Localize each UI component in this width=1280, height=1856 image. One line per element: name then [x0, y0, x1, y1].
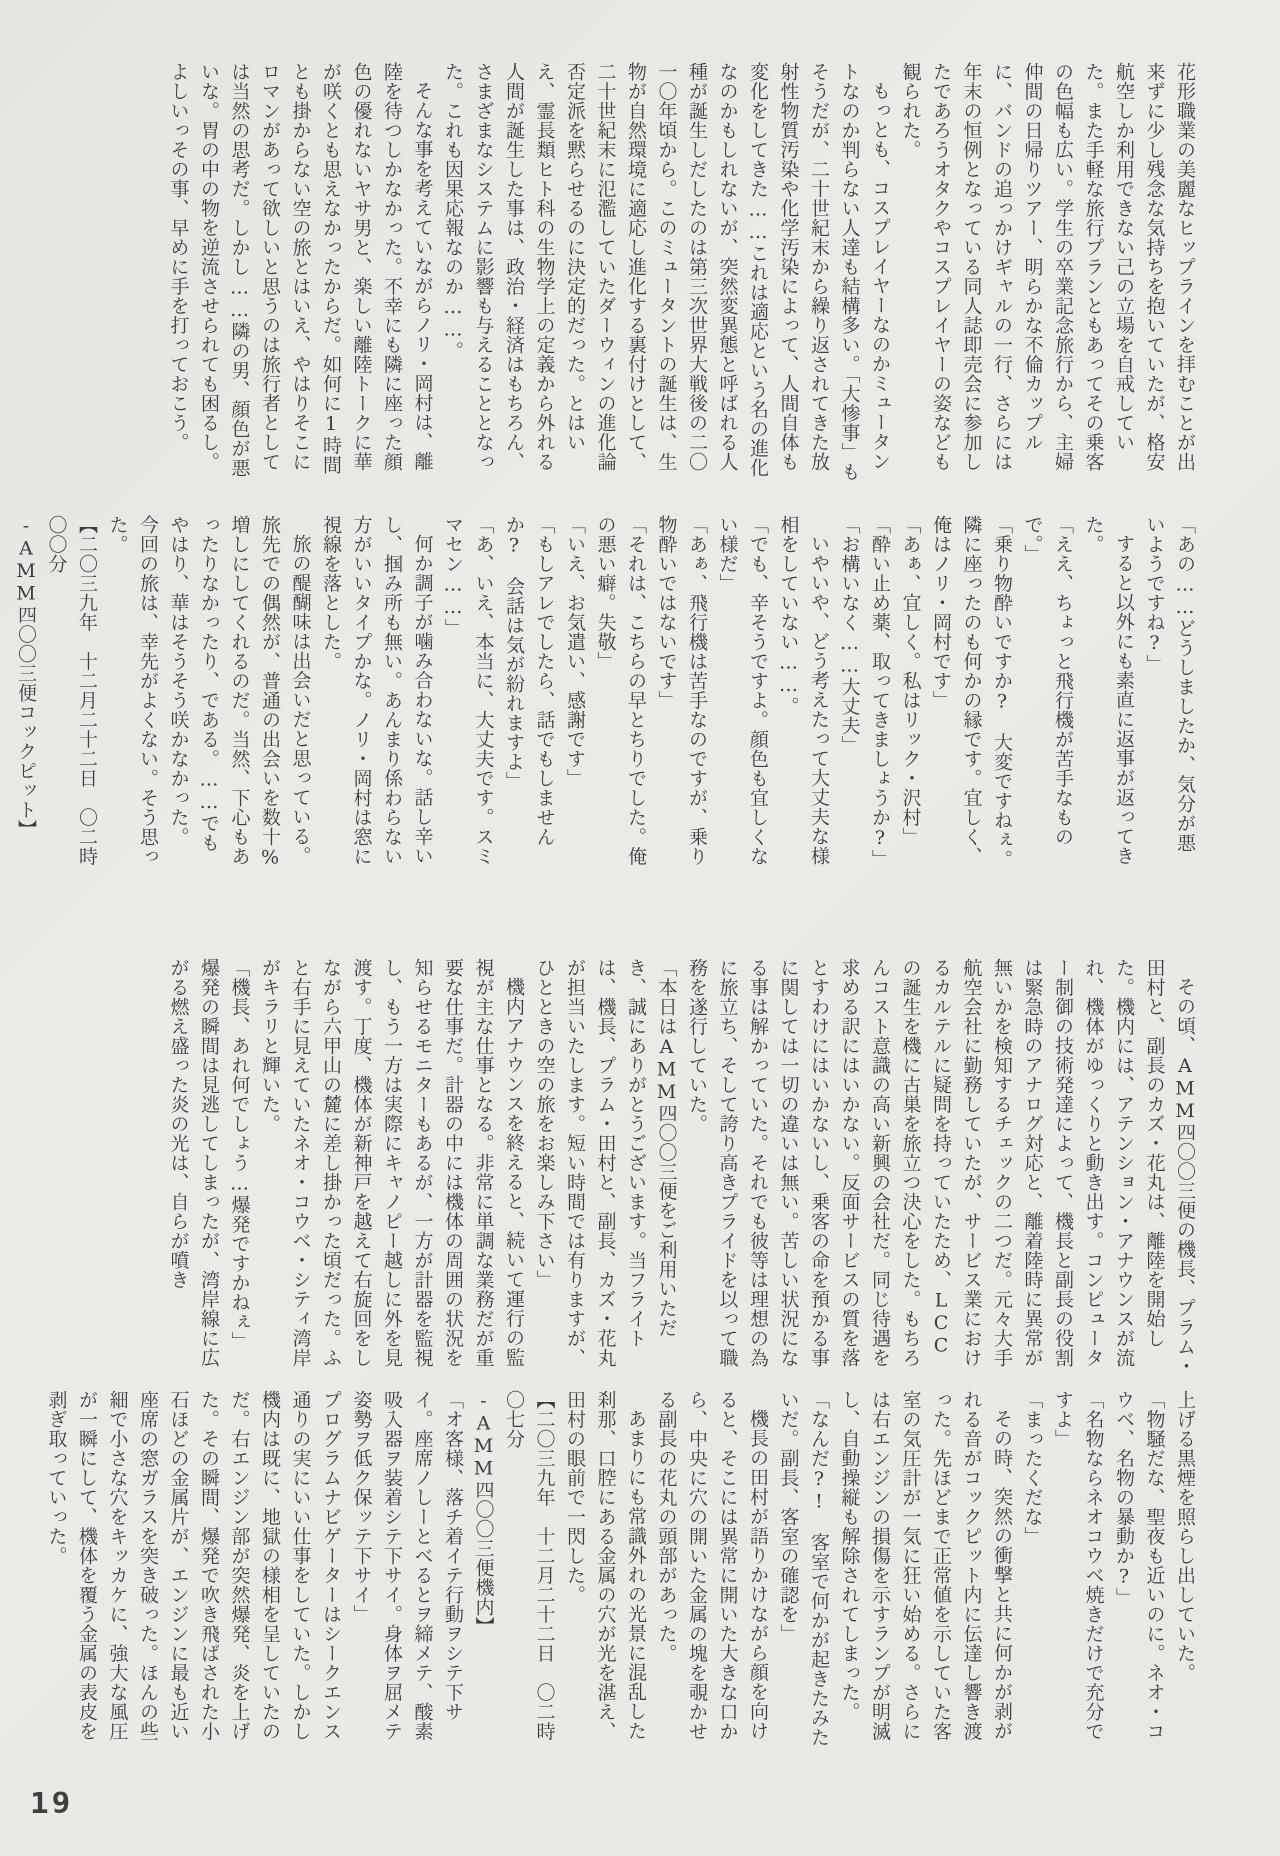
paragraph: 「でも、辛そうですよ。顔色も宜しくない様だ」 [712, 515, 773, 869]
paragraph: そんな事を考えていながらノリ・岡村は、離陸を待つしかなかった。不幸にも隣に座った… [163, 62, 438, 482]
text-band-4: 上げる黒煙を照らし出していた。「物騒だな、聖夜も近いのに。ネオ・コウベ、名物の暴… [41, 1390, 1200, 1758]
paragraph: 「名物ならネオコウベ焼きだけで充分ですよ」 [1048, 1390, 1109, 1758]
paragraph: 「酔い止め薬、取ってきましょうか?」 [865, 515, 896, 869]
paragraph: その頃、AMM四〇〇三便の機長、プラム・田村と、副長のカズ・花丸は、離陸を開始し… [682, 958, 1201, 1376]
paragraph: 「オ客様、落チ着イテ行動ヲシテ下サイ。座席ノしーとべるとヲ締メテ、酸素吸入器ヲ装… [346, 1390, 468, 1758]
text-band-3: その頃、AMM四〇〇三便の機長、プラム・田村と、副長のカズ・花丸は、離陸を開始し… [163, 958, 1200, 1376]
paragraph: 上げる黒煙を照らし出していた。 [1170, 1390, 1201, 1758]
paragraph: 「ええ、ちょっと飛行機が苦手なもので。」 [1017, 515, 1078, 869]
paragraph: 「物騒だな、聖夜も近いのに。ネオ・コウベ、名物の暴動か?」 [1109, 1390, 1170, 1758]
paragraph: 機長の田村が語りかけながら顔を向けると、そこには異常に開いた大きな口から、中央に… [651, 1390, 773, 1758]
paragraph: -AMM四〇〇三便コックピット】 [11, 515, 42, 869]
paragraph: もっとも、コスプレイヤーなのかミュータントなのか判らない人達も結構多い。「大惨事… [438, 62, 896, 482]
paragraph: 「本日はAMM四〇〇三便をご利用いただき、誠にありがとうございます。当フライトは… [529, 958, 682, 1376]
paragraph: 「なんだ?! 客室で何かが起きたみたいだ。副長、客室の確認を」 [773, 1390, 834, 1758]
paragraph: 「あぁ、宜しく。私はリック・沢村」 [895, 515, 926, 869]
paragraph: 「いえ、お気遣い、感謝です」 [560, 515, 591, 869]
scanned-novel-page: 花形職業の美麗なヒップラインを拝むことが出来ずに少し残念な気持ちを抱いていたが、… [0, 0, 1280, 1856]
paragraph: 「乗り物酔いですか? 大変ですねぇ。隣に座ったのも何かの縁です。宜しく、俺はノリ… [926, 515, 1018, 869]
paragraph: 旅の醍醐味は出会いだと思っている。旅先での偶然が、普通の出会いを数十%増しにして… [163, 515, 316, 869]
paragraph: -AMM四〇〇三便機内】 [468, 1390, 499, 1758]
paragraph: 「もしアレでしたら、話でもしませんか? 会話は気が紛れますよ」 [499, 515, 560, 869]
paragraph: 「まったくだな」 [1017, 1390, 1048, 1758]
paragraph: 「あの……どうしましたか、気分が悪いようですね?」 [1139, 515, 1200, 869]
paragraph: 何か調子が噛み合わないな。話し辛いし、掴み所も無い。あんまり係わらない方がいいタ… [316, 515, 438, 869]
paragraph: その時、突然の衝撃と共に何かが剥がれる音がコックピット内に伝達し響き渡った。先ほ… [834, 1390, 1017, 1758]
page-number: 19 [30, 1787, 73, 1820]
paragraph: 花形職業の美麗なヒップラインを拝むことが出来ずに少し残念な気持ちを抱いていたが、… [895, 62, 1200, 482]
paragraph: プログラムナビゲーターはシークエンス通りの実にいい仕事をしていた。しかし機内は既… [41, 1390, 346, 1758]
paragraph: 【二〇三九年 十二月二十二日 〇二時 〇〇分 [41, 515, 102, 869]
text-band-2: 「あの……どうしましたか、気分が悪いようですね?」すると以外にも素直に返事が返っ… [11, 515, 1201, 869]
paragraph: 今回の旅は、幸先がよくない。そう思った。 [102, 515, 163, 869]
text-band-1: 花形職業の美麗なヒップラインを拝むことが出来ずに少し残念な気持ちを抱いていたが、… [163, 62, 1200, 482]
paragraph: 「それは、こちらの早とちりでした。俺の悪い癖。失敬」 [590, 515, 651, 869]
paragraph: 「あ、いえ、本当に、大丈夫です。スミマセン……」 [438, 515, 499, 869]
paragraph: 【二〇三九年 十二月二十二日 〇二時 〇七分 [499, 1390, 560, 1758]
paragraph: 機内アナウンスを終えると、続いて運行の監視が主な仕事となる。非常に単調な業務だが… [255, 958, 530, 1376]
paragraph: 爆発の瞬間は見逃してしまったが、湾岸線に広がる燃え盛った炎の光は、自らが噴き [163, 958, 224, 1376]
paragraph: 「機長、あれ何でしょう…爆発ですかねぇ」 [224, 958, 255, 1376]
paragraph: あまりにも常識外れの光景に混乱した刹那、口腔にある金属の穴が光を湛え、田村の眼前… [560, 1390, 652, 1758]
paragraph: すると以外にも素直に返事が返ってきた。 [1078, 515, 1139, 869]
paragraph: 「お構いなく……大丈夫」 [834, 515, 865, 869]
paragraph: 「あぁ、飛行機は苦手なのですが、乗り物酔いではないです」 [651, 515, 712, 869]
paragraph: いやいや、どう考えたって大丈夫な様相をしていない……。 [773, 515, 834, 869]
